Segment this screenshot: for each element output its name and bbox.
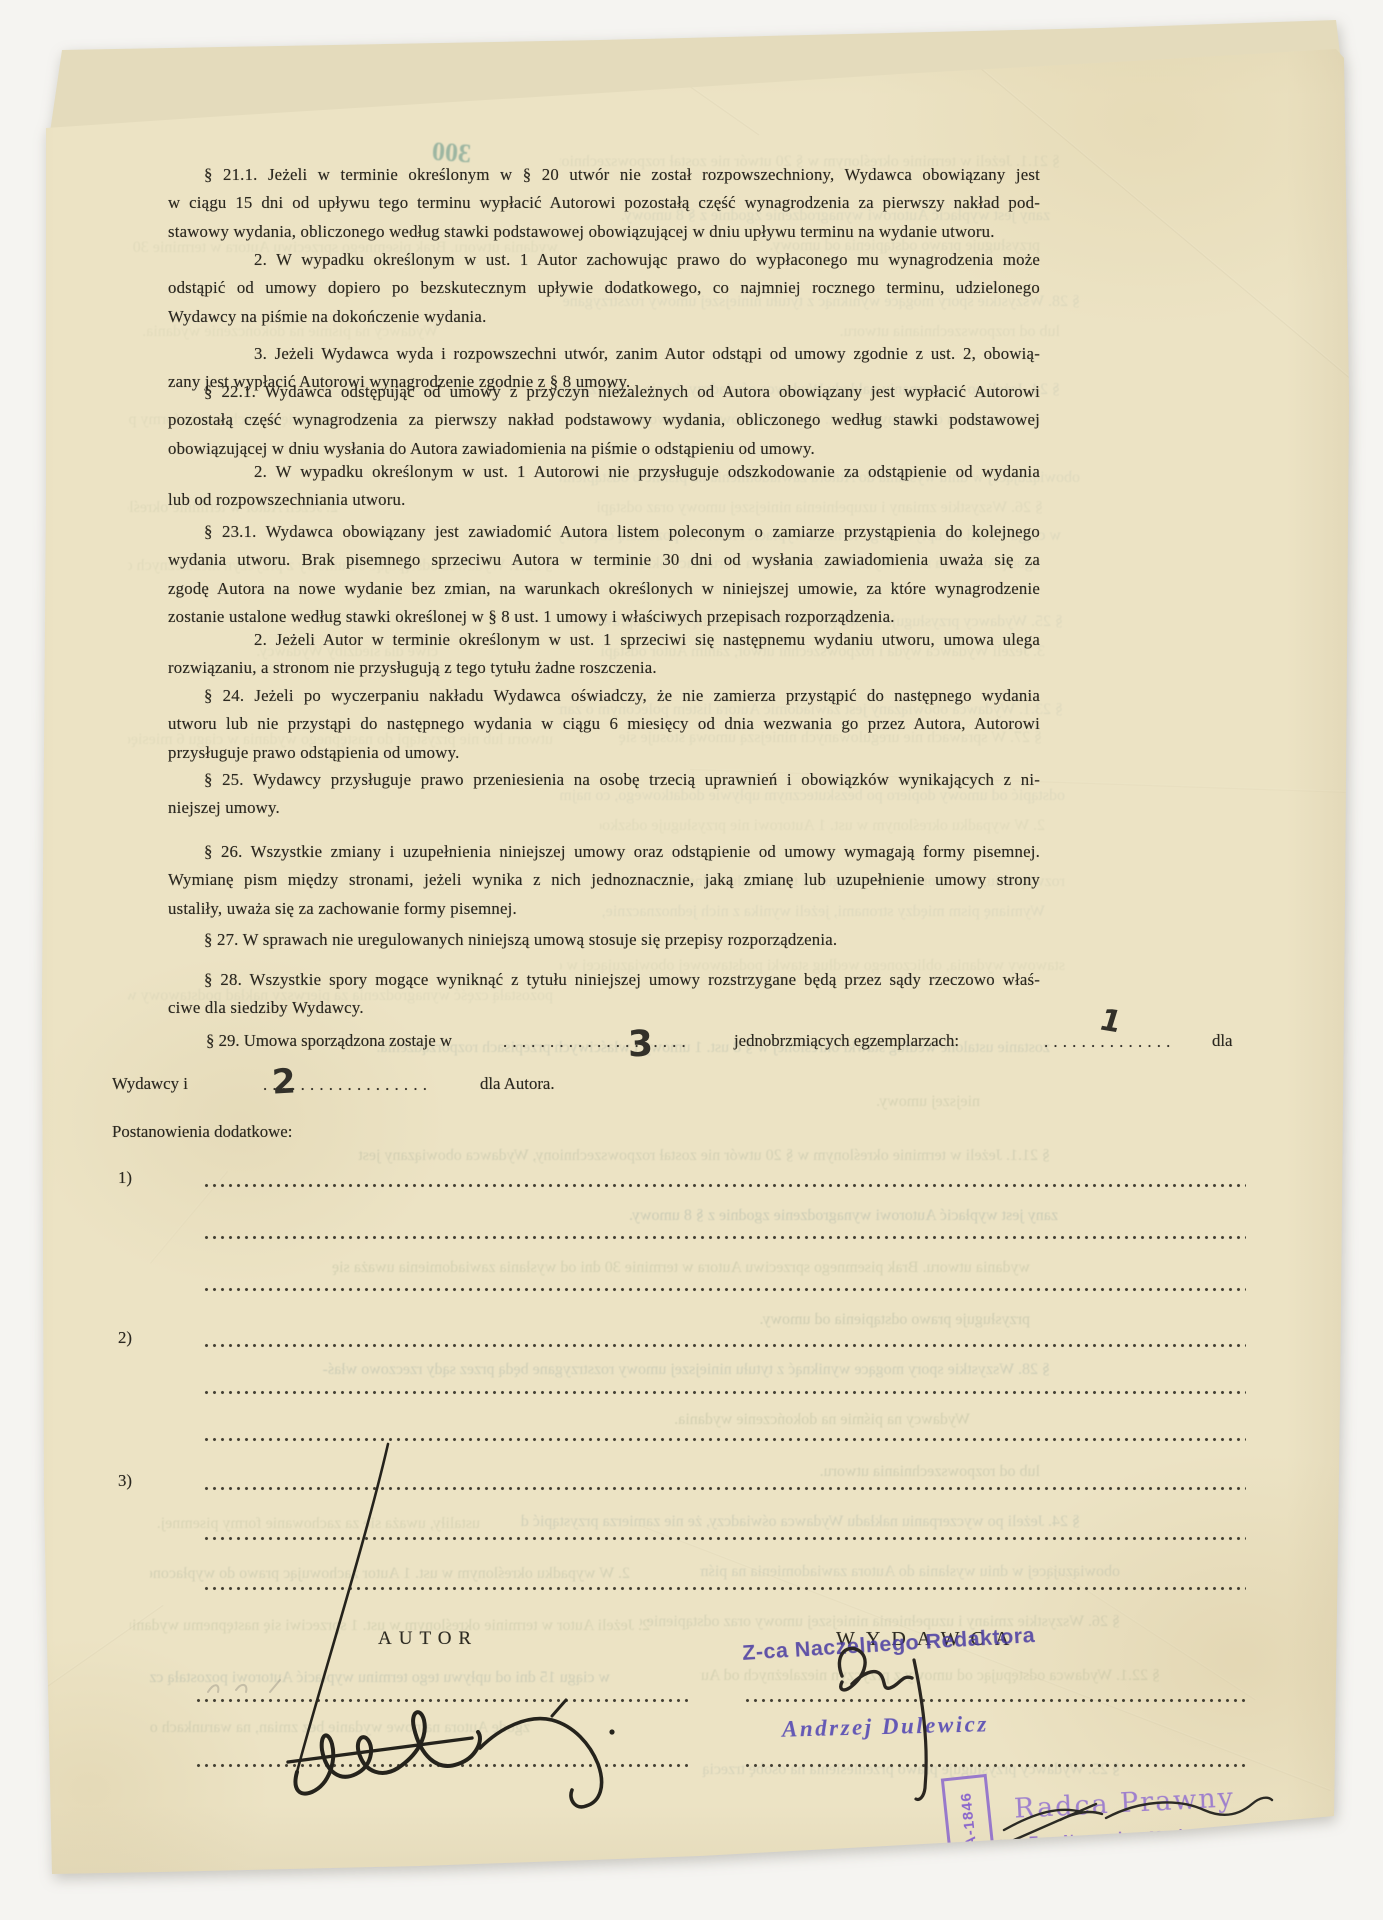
contract-paragraph: § 22.1. Wydawca odstępując od umowy z pr… [168,378,1040,463]
contract-line: § 24. Jeżeli po wyczerpaniu nakładu Wyda… [168,682,1040,710]
contract-paragraph: 2. W wypadku określonym w ust. 1 Autor z… [168,246,1040,331]
contract-paragraph: § 23.1. Wydawca obowiązany jest zawiadom… [168,518,1040,632]
contract-line: utworu lub nie przystąpi do następnego w… [168,710,1040,738]
second-counsel-signature-accent [1264,1824,1301,1858]
scan-surface: § 21.1. Jeżeli w terminie określonym w §… [0,0,1383,1920]
contract-line: § 26. Wszystkie zmiany i uzupełnienia ni… [168,838,1040,866]
author-signature [295,1712,479,1793]
provision-blank-line [204,1390,1246,1395]
bleedthrough-line: § 28. Wszystkie spory mogące wyniknąć z … [150,1360,1050,1380]
bleedthrough-line: Wydawcy na piśmie na dokończenie wydania… [330,1410,970,1430]
contract-line: 2. Jeżeli Autor w terminie określonym w … [168,626,1040,654]
provision-blank-line [204,1343,1246,1348]
registry-code-text: WA-1846 [957,1792,981,1863]
clause-29-text: dla Autora. [480,1074,555,1094]
contract-line: § 27. W sprawach nie uregulowanych ninie… [168,926,1040,954]
clause-29-text: jednobrzmiących egzemplarzach: [734,1031,959,1051]
author-signature-dot [609,1729,614,1734]
contract-line: niejszej umowy. [168,794,1040,822]
bleedthrough-line: § 22.1. Wydawca odstępując od umowy z pr… [700,1666,1160,1686]
provision-item-label: 2) [118,1328,132,1348]
clause-29-text: § 29. Umowa sporządzona zostaje w [206,1031,452,1051]
clause-29-text: Wydawcy i [112,1074,188,1094]
provision-blank-line [204,1287,1246,1292]
legal-counsel-title-stamp: Radca Prawny [1013,1782,1235,1825]
paper-crease [640,1524,1332,1791]
bleedthrough-line: zgodę Autora na nowe wydanie bez zmian, … [150,1718,530,1738]
clause-29-blank-total: .................... [503,1032,691,1052]
contract-line: lub od rozpowszechniania utworu. [168,486,1040,514]
contract-line: Wymianę pism między stronami, jeżeli wyn… [168,866,1040,894]
bleedthrough-line: ustaliły, uważa się za zachowanie formy … [150,1514,480,1534]
contract-line: wydania utworu. Brak pisemnego sprzeciwu… [168,546,1040,574]
signature-line [196,1763,688,1768]
contract-line: 2. W wypadku określonym w ust. 1 Autorow… [168,458,1040,486]
contract-line: § 28. Wszystkie spory mogące wyniknąć z … [168,966,1040,994]
provision-item-label: 1) [118,1168,132,1188]
contract-line: § 23.1. Wydawca obowiązany jest zawiadom… [168,518,1040,546]
clause-29-text: dla [1212,1031,1233,1051]
bleedthrough-line: przysługuje prawo odstąpienia od umowy. [150,1310,1030,1330]
publisher-signature-descender [914,1660,926,1799]
author-signature-diagonal [297,1444,388,1772]
author-label: AUTOR [378,1628,478,1650]
contract-line: rozwiązaniu, a stronom nie przysługują z… [168,654,1040,682]
contract-line: 3. Jeżeli Wydawca wyda i rozpowszechni u… [168,340,1040,368]
bleedthrough-line: wydania utworu. Brak pisemnego sprzeciwu… [330,1258,1030,1278]
contract-line: ustaliły, uważa się za zachowanie formy … [168,895,1040,923]
publisher-label: WYDAWCA [836,1628,1020,1651]
author-signature-bar [288,1738,472,1762]
contract-line: zgodę Autora na nowe wydanie bez zmian, … [168,575,1040,603]
deputy-editor-name-stamp: Andrzej Dulewicz [782,1711,989,1742]
contract-paragraph: § 21.1. Jeżeli w terminie określonym w §… [168,161,1040,246]
contract-paragraph: § 26. Wszystkie zmiany i uzupełnienia ni… [168,838,1040,923]
legal-counsel-name-stamp: mgr Ewa Nawrocka - Masłowska [995,1825,1230,1852]
contract-page: § 21.1. Jeżeli w terminie określonym w §… [0,0,1383,1920]
provision-blank-line [204,1536,1246,1541]
registry-code-stamp: WA-1846 [941,1774,997,1880]
contract-paragraph: § 25. Wydawcy przysługuje prawo przenies… [168,766,1040,823]
contract-paragraph: § 27. W sprawach nie uregulowanych ninie… [168,926,1040,954]
bleedthrough-line: 2. W wypadku określonym w ust. 1 Autor z… [150,1564,630,1584]
contract-paragraph: 2. W wypadku określonym w ust. 1 Autorow… [168,458,1040,515]
bleedthrough-line: § 21.1. Jeżeli w terminie określonym w §… [150,1146,1050,1166]
bleedthrough-line: w ciągu 15 dni od upływu tego terminu wy… [150,1668,610,1688]
contract-line: pozostałą część wynagrodzenia za pierwsz… [168,406,1040,434]
signature-line [196,1698,688,1703]
additional-provisions-heading: Postanowienia dodatkowe: [112,1122,292,1142]
provision-blank-line [204,1437,1246,1442]
contract-paragraph: § 28. Wszystkie spory mogące wyniknąć z … [168,966,1040,1023]
contract-paragraph: 2. Jeżeli Autor w terminie określonym w … [168,626,1040,683]
provision-blank-line [204,1235,1246,1240]
faint-bleed-handwriting [208,1680,280,1692]
bleedthrough-line: zany jest wypłacić Autorowi wynagrodzeni… [168,1206,1058,1226]
contract-line: stawowy wydania, obliczonego według staw… [168,218,1040,246]
bleedthrough-line: obowiązującej w dniu wysłania do Autora … [700,1562,1120,1582]
second-counsel-signature [1193,1844,1292,1890]
contract-line: Wydawcy na piśmie na dokończenie wydania… [168,303,1040,331]
contract-line: w ciągu 15 dni od upływu tego terminu wy… [168,189,1040,217]
handwritten-copies-total: 3 [627,1024,653,1066]
signature-line [745,1698,1246,1703]
signature-line [745,1763,1246,1768]
paper-crease [39,1604,163,1692]
contract-line: odstąpić od umowy dopiero po bezskuteczn… [168,274,1040,302]
scanned-contract-page: { "annotations": { "page_number": "4", "… [0,0,1383,1920]
contract-line: 2. W wypadku określonym w ust. 1 Autor z… [168,246,1040,274]
counsel-signature-swash [1106,1798,1272,1818]
provision-blank-line [204,1183,1246,1188]
contract-line: przysługuje prawo odstąpienia od umowy. [168,739,1040,767]
publisher-signature [839,1648,912,1689]
counsel-signature-scribble [1004,1804,1102,1840]
contract-line: § 22.1. Wydawca odstępując od umowy z pr… [168,378,1040,406]
bleedthrough-line: § 24. Jeżeli po wyczerpaniu nakładu Wyda… [520,1512,1080,1532]
contract-line: § 25. Wydawcy przysługuje prawo przenies… [168,766,1040,794]
provision-blank-line [204,1586,1246,1591]
handwritten-copies-author: 2 [271,1061,297,1102]
contract-line: § 21.1. Jeżeli w terminie określonym w §… [168,161,1040,189]
bleedthrough-line: lub od rozpowszechniania utworu. [140,1462,1040,1482]
provision-item-label: 3) [118,1471,132,1491]
contract-paragraph: § 24. Jeżeli po wyczerpaniu nakładu Wyda… [168,682,1040,767]
provision-blank-line [204,1486,1246,1491]
contract-line: ciwe dla siedziby Wydawcy. [168,994,1040,1022]
